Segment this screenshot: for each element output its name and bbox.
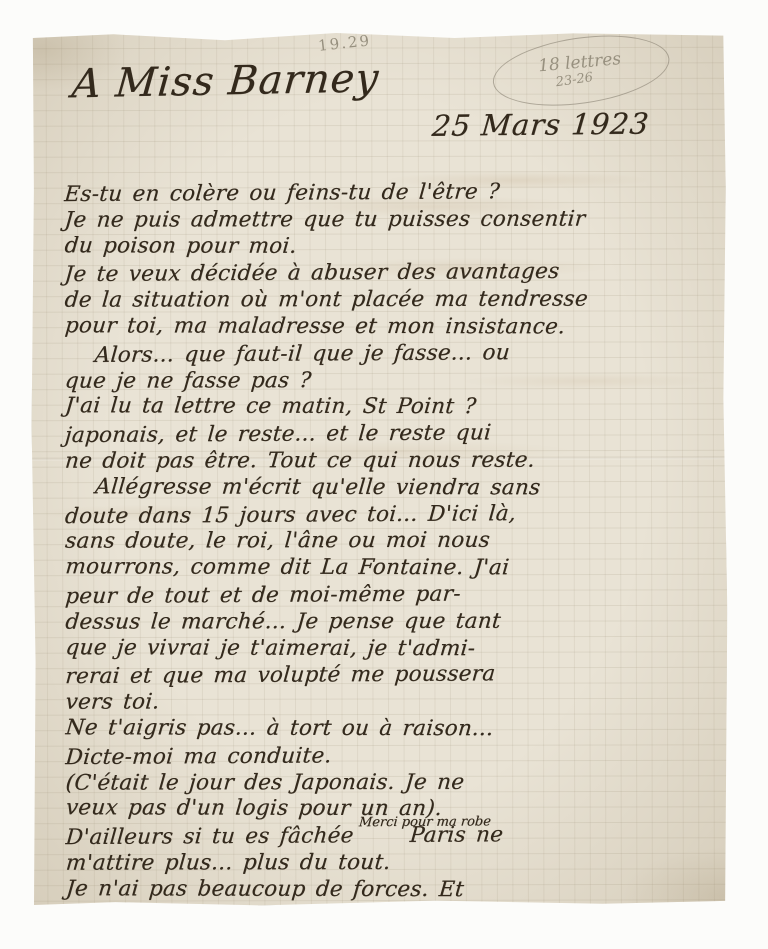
letter-line: J'ai lu ta lettre ce matin, St Point ? bbox=[64, 394, 722, 422]
date-line: 25 Mars 1923 bbox=[431, 106, 651, 142]
letter-body: Es-tu en colère ou feins-tu de l'être ? … bbox=[64, 179, 722, 904]
letter-line: vers toi. bbox=[64, 688, 722, 716]
letter-line: Ne t'aigris pas... à tort ou à raison... bbox=[64, 715, 722, 743]
letter-line-with-insertion: D'ailleurs si tu es fâchée Merci pour ma… bbox=[65, 821, 723, 852]
letter-line: doute dans 15 jours avec toi... D'ici là… bbox=[64, 499, 722, 530]
letter-line: Es-tu en colère ou feins-tu de l'être ? bbox=[63, 178, 721, 209]
letter-line: japonais, et le reste... et le reste qui bbox=[64, 419, 722, 450]
letter-line: D'ailleurs si tu es fâchée bbox=[65, 823, 355, 850]
letter-line: de la situation où m'ont placée ma tendr… bbox=[64, 286, 722, 314]
pencil-inventory-number: 19.29 bbox=[317, 31, 372, 55]
letter-line: du poison pour moi. bbox=[63, 233, 721, 261]
letter-line: (C'était le jour des Japonais. Je ne bbox=[65, 769, 723, 797]
letter-line: dessus le marché... Je pense que tant bbox=[64, 608, 722, 636]
photographed-letter: { "page": { "background_color": "#fcfcfa… bbox=[0, 0, 768, 949]
letter-paper: A Miss Barney 25 Mars 1923 19.29 18 lett… bbox=[30, 31, 728, 906]
letter-line: Je te veux décidée à abuser des avantage… bbox=[63, 258, 721, 289]
letter-line: sans doute, le roi, l'âne ou moi nous bbox=[64, 528, 722, 556]
interlinear-note: Merci pour ma robe bbox=[358, 809, 492, 837]
letter-line: Dicte-moi ma conduite. bbox=[64, 741, 722, 772]
letter-line: pour toi, ma maladresse et mon insistanc… bbox=[64, 313, 722, 341]
letter-line: Alors... que faut-il que je fasse... ou bbox=[64, 339, 722, 370]
letter-line: mourrons, comme dit La Fontaine. J'ai bbox=[64, 554, 722, 582]
letter-line: que je ne fasse pas ? bbox=[64, 367, 722, 395]
pencil-oval-annotation: 18 lettres 23-26 bbox=[488, 25, 674, 115]
recipient-line: A Miss Barney bbox=[70, 55, 381, 107]
letter-line: m'attire plus... plus du tout. bbox=[65, 849, 723, 877]
letter-line: ne doit pas être. Tout ce qui nous reste… bbox=[64, 447, 722, 475]
letter-line: que je vivrai je t'aimerai, je t'admi- bbox=[64, 635, 722, 663]
letter-line: Je n'ai pas beaucoup de forces. Et bbox=[65, 876, 723, 904]
letter-line: Je ne puis admettre que tu puisses conse… bbox=[63, 206, 721, 234]
letter-line: rerai et que ma volupté me poussera bbox=[64, 660, 722, 691]
letter-line: peur de tout et de moi-même par- bbox=[64, 580, 722, 611]
oval-annotation-line2: 23-26 bbox=[555, 71, 594, 90]
letter-line: Allégresse m'écrit qu'elle viendra sans bbox=[64, 474, 722, 502]
